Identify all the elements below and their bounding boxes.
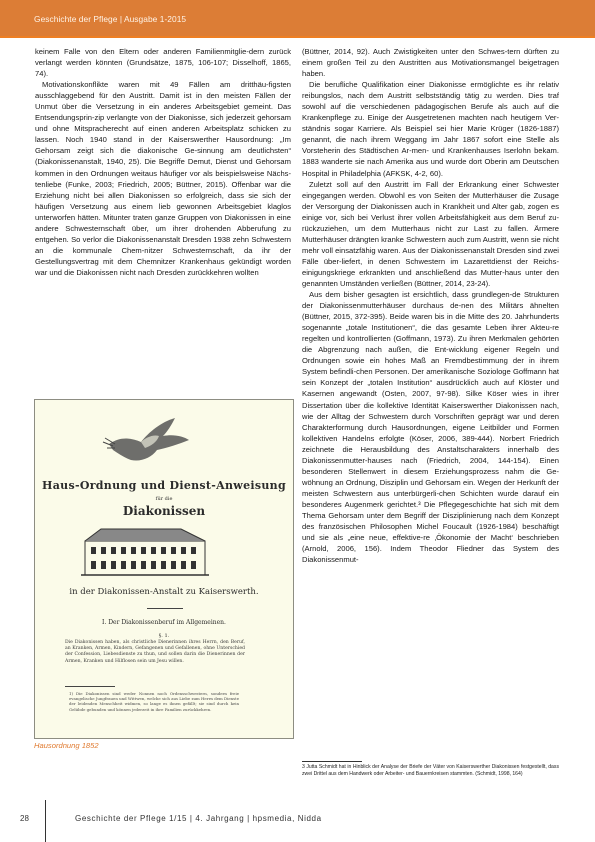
figure-title-line4: in der Diakonissen-Anstalt zu Kaiserswer… bbox=[35, 587, 293, 597]
figure-note-divider bbox=[65, 686, 115, 687]
left-column: keinem Falle von den Eltern oder anderen… bbox=[35, 46, 291, 278]
paragraph: Aus dem bisher gesagten ist ersichtlich,… bbox=[302, 289, 559, 565]
footer-citation: Geschichte der Pflege 1/15 | 4. Jahrgang… bbox=[75, 814, 322, 823]
right-column: (Büttner, 2014, 92). Auch Zwistigkeiten … bbox=[302, 46, 559, 565]
footnote: 3 Jutta Schmidt hat in Hinblick der Anal… bbox=[302, 764, 559, 778]
running-title: Geschichte der Pflege | Ausgabe 1-2015 bbox=[34, 14, 186, 24]
dove-emblem-icon bbox=[101, 414, 193, 466]
footnote-divider bbox=[302, 761, 362, 762]
figure-body-text: Die Diakonissen haben, als christliche D… bbox=[65, 640, 245, 665]
footer-divider bbox=[45, 800, 46, 842]
header-bar: Geschichte der Pflege | Ausgabe 1-2015 bbox=[0, 0, 595, 38]
figure-title-line2: für die bbox=[35, 496, 293, 502]
page-number: 28 bbox=[20, 814, 29, 823]
paragraph: Motivationskonflikte waren mit 49 Fällen… bbox=[35, 79, 291, 278]
figure-title-line1: Haus-Ordnung und Dienst-Anweisung bbox=[35, 479, 293, 492]
paragraph: keinem Falle von den Eltern oder anderen… bbox=[35, 46, 291, 79]
historic-document-image: Haus-Ordnung und Dienst-Anweisung für di… bbox=[34, 399, 294, 739]
figure-title-line3: Diakonissen bbox=[35, 504, 293, 518]
building-engraving-icon bbox=[81, 523, 209, 579]
figure-caption: Hausordnung 1852 bbox=[34, 741, 99, 750]
figure-paragraph-mark: §. 1. bbox=[35, 633, 293, 639]
figure-section-heading: I. Der Diakonissenberuf im Allgemeinen. bbox=[35, 619, 293, 626]
paragraph: Die berufliche Qualifikation einer Diako… bbox=[302, 79, 559, 178]
paragraph: Zuletzt soll auf den Austritt im Fall de… bbox=[302, 179, 559, 289]
paragraph: (Büttner, 2014, 92). Auch Zwistigkeiten … bbox=[302, 46, 559, 79]
figure-divider bbox=[147, 608, 183, 609]
figure-note-text: 1) Die Diakonissen sind weder Nonnen noc… bbox=[69, 691, 239, 712]
